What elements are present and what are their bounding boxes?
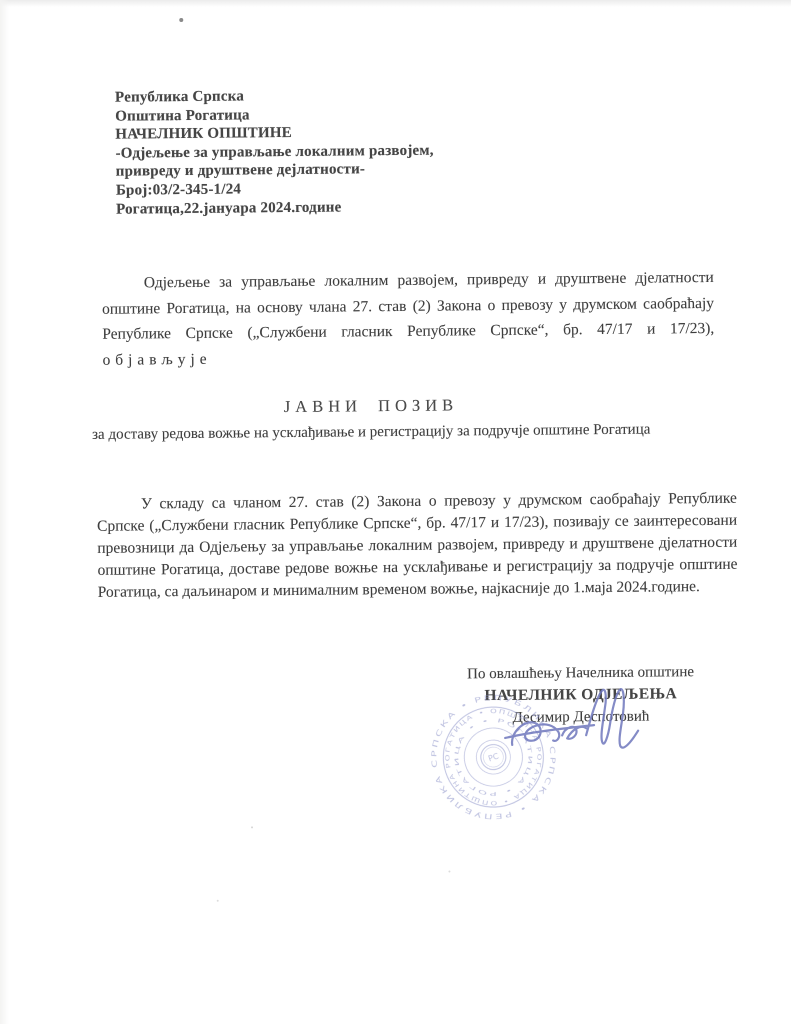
intro-paragraph: Одјељење за управљање локалним развојем,… bbox=[102, 265, 715, 373]
signature-authorization-line: По овлашћењу Начелника општине bbox=[421, 661, 739, 686]
letterhead-line-date: Рогатица,22.јануара 2024.године bbox=[116, 197, 434, 219]
scan-speck bbox=[251, 826, 253, 828]
body-paragraph: У складу са чланом 27. став (2) Закона о… bbox=[97, 488, 738, 604]
page-title: ЈАВНИ ПОЗИВ bbox=[21, 393, 721, 420]
stamp-monogram: РС bbox=[487, 751, 500, 763]
page-subtitle: за доставу редова вожње на усклађивање и… bbox=[21, 421, 721, 445]
scanned-document-page: Република Српска Општина Рогатица НАЧЕЛН… bbox=[0, 0, 791, 1024]
letterhead: Република Српска Општина Рогатица НАЧЕЛН… bbox=[115, 86, 434, 219]
letterhead-line-department-1: -Одјељење за управљање локалним развојем… bbox=[115, 141, 433, 163]
announce-word: објављује bbox=[102, 350, 211, 368]
scan-speck bbox=[217, 900, 219, 902]
handwritten-signature bbox=[502, 684, 657, 771]
scan-speck bbox=[179, 18, 183, 22]
document-content: Република Српска Општина Рогатица НАЧЕЛН… bbox=[0, 0, 791, 1024]
scan-speck bbox=[448, 870, 450, 872]
intro-text: Одјељење за управљање локалним развојем,… bbox=[102, 269, 714, 343]
